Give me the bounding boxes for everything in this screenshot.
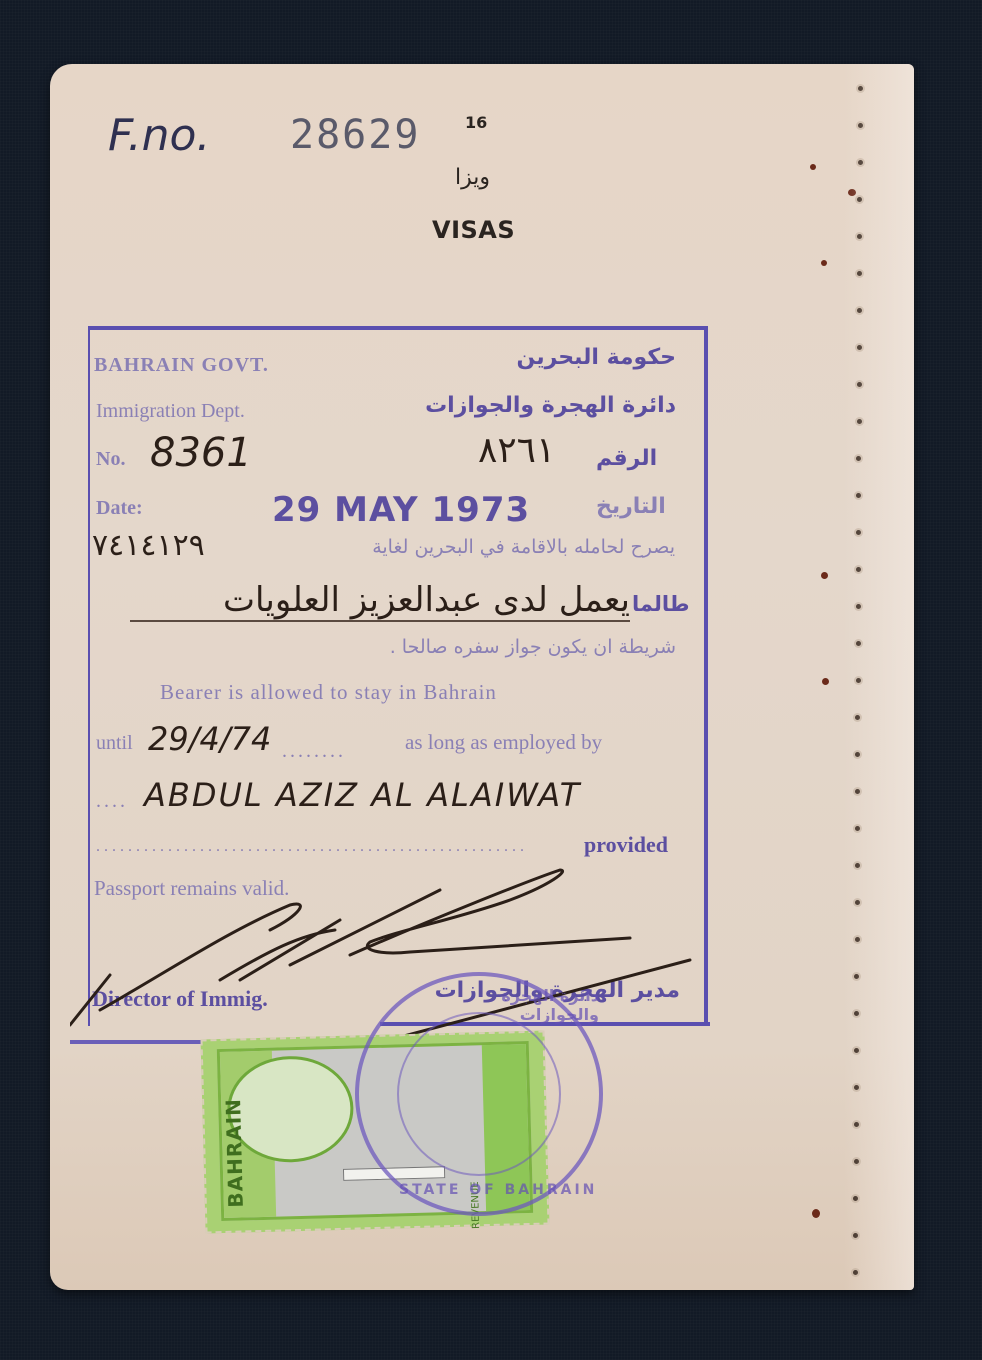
condition-ar: شريطة ان يكون جواز سفره صالحا .	[230, 636, 676, 658]
perforation-hole	[855, 752, 860, 757]
perforation-hole	[857, 197, 862, 202]
department-en: Immigration Dept.	[96, 400, 245, 423]
perforation-hole	[854, 1048, 859, 1053]
perforation-hole	[855, 715, 860, 720]
perforation-hole	[856, 456, 861, 461]
authority-en: BAHRAIN GOVT.	[94, 354, 269, 377]
perforation-hole	[854, 1011, 859, 1016]
perforation-hole	[857, 271, 862, 276]
ink-spot	[821, 572, 828, 579]
provided-en: provided	[584, 832, 668, 858]
perforation-hole	[856, 641, 861, 646]
dotted-line: ........................................…	[96, 838, 528, 856]
perforation-hole	[857, 419, 862, 424]
authority-ar: حكومة البحرين	[490, 345, 676, 370]
perforation-hole	[857, 345, 862, 350]
perforation-hole	[854, 1085, 859, 1090]
perforation-hole	[857, 234, 862, 239]
until-date-ar-handwritten: ٧٤١٤١٢٩	[92, 528, 205, 563]
visa-number-ar: ٨٢٦١	[478, 430, 555, 471]
section-title: VISAS	[432, 216, 515, 244]
dots: ....	[96, 790, 128, 813]
employer-ar-handwritten: يعمل لدى عبدالعزيز العلويات	[130, 580, 630, 622]
section-title-arabic: ويزا	[455, 165, 490, 190]
perforation-hole	[858, 123, 863, 128]
issue-date: 29 MAY 1973	[272, 490, 530, 530]
perforation-hole	[856, 604, 861, 609]
perforation-hole	[856, 493, 861, 498]
ink-spot	[822, 678, 829, 685]
perforation-hole	[853, 1196, 858, 1201]
perforation-hole	[857, 382, 862, 387]
until-label: until	[96, 732, 133, 755]
employer-label-ar: طالما	[632, 592, 690, 616]
perforation-hole	[856, 530, 861, 535]
number-label-en: No.	[96, 448, 125, 471]
employed-by-en: as long as employed by	[405, 730, 602, 755]
dots: ........	[282, 740, 346, 763]
perforation-hole	[853, 1270, 858, 1275]
perforation-hole	[858, 160, 863, 165]
file-number-stamped: 28629	[290, 112, 420, 158]
date-label-ar: التاريخ	[596, 494, 666, 519]
official-seal: دائرة الهجرة والجوازات STATE OF BAHRAIN	[355, 972, 603, 1216]
perforation-hole	[854, 974, 859, 979]
perforation-hole	[854, 1159, 859, 1164]
employer-name: ABDUL AZIZ AL ALAIWAT	[144, 776, 581, 814]
allowed-ar: يصرح لحامله بالاقامة في البحرين لغاية	[225, 536, 675, 558]
seal-text-english: STATE OF BAHRAIN	[399, 1182, 597, 1198]
perforation-hole	[854, 1122, 859, 1127]
perforation-hole	[858, 86, 863, 91]
ink-spot	[810, 164, 816, 170]
perforation-hole	[855, 937, 860, 942]
ink-spot	[812, 1209, 820, 1218]
perforation-hole	[856, 678, 861, 683]
department-ar: دائرة الهجرة والجوازات	[390, 393, 676, 418]
perforation-hole	[855, 863, 860, 868]
perforation-hole	[856, 567, 861, 572]
visa-number: 8361	[150, 430, 252, 476]
allowed-en: Bearer is allowed to stay in Bahrain	[160, 680, 497, 705]
page-number: 16	[465, 113, 487, 132]
perforation-hole	[855, 826, 860, 831]
perforation-hole	[855, 900, 860, 905]
seal-text-arabic: دائرة الهجرة والجوازات	[419, 986, 599, 1024]
stamp-country: BAHRAIN	[221, 1098, 248, 1208]
until-date: 29/4/74	[148, 720, 271, 758]
perforation-hole	[855, 789, 860, 794]
perforation-hole	[857, 308, 862, 313]
ink-spot	[848, 189, 856, 196]
date-label-en: Date:	[96, 497, 143, 520]
ink-spot	[821, 260, 827, 266]
file-number-handwritten: F.no.	[108, 110, 210, 161]
perforation-hole	[853, 1233, 858, 1238]
stamp-border	[70, 1040, 210, 1044]
number-label-ar: الرقم	[596, 446, 657, 471]
